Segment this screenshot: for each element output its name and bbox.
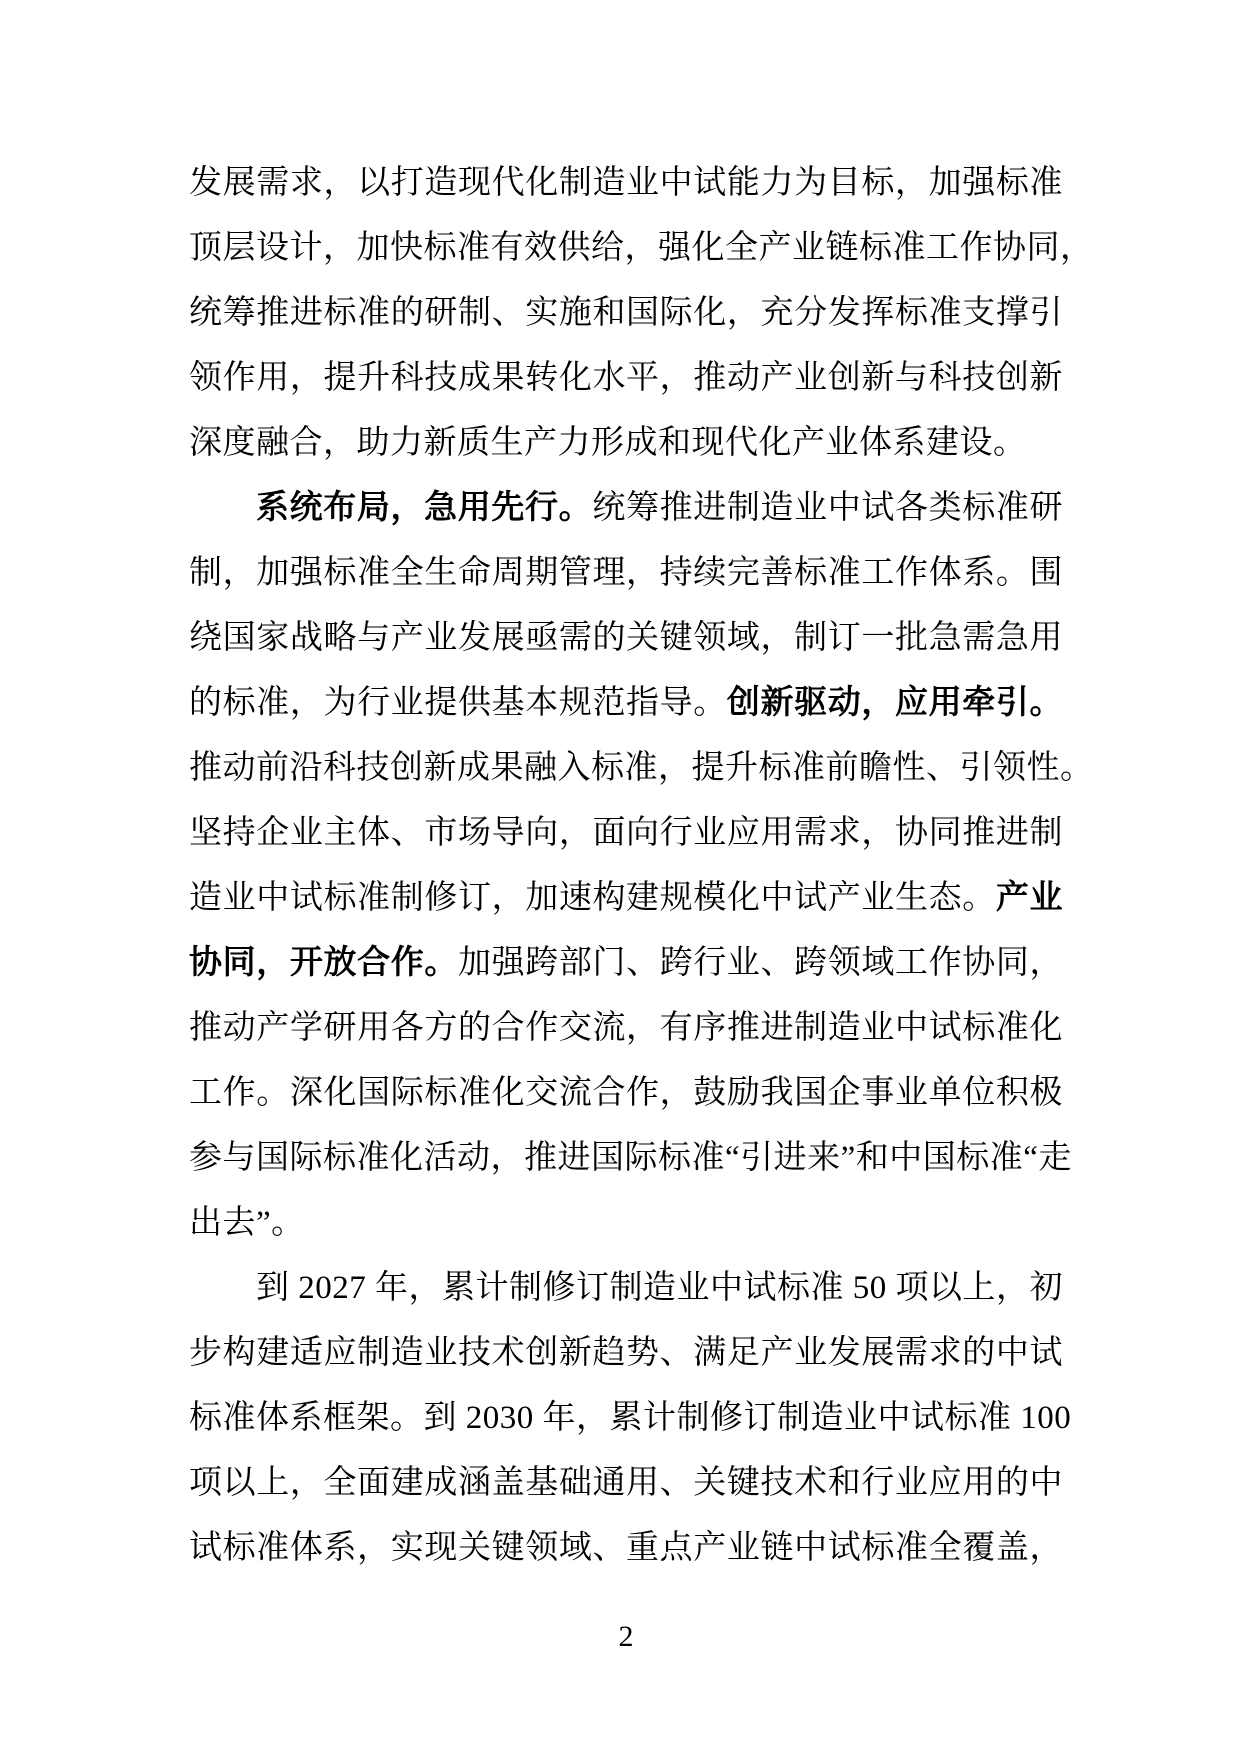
body-text: 推动产学研用各方的合作交流，有序推进制造业中试标准化: [189, 1010, 1063, 1046]
document-page: 发展需求，以打造现代化制造业中试能力为目标，加强标准顶层设计，加快标准有效供给，…: [0, 0, 1241, 1754]
text-line: 标准体系框架。到 2030 年，累计制修订制造业中试标准 100: [189, 1386, 1063, 1451]
text-line: 绕国家战略与产业发展亟需的关键领域，制订一批急需急用: [189, 606, 1063, 671]
document-body: 发展需求，以打造现代化制造业中试能力为目标，加强标准顶层设计，加快标准有效供给，…: [189, 151, 1063, 1581]
text-line: 的标准，为行业提供基本规范指导。创新驱动，应用牵引。: [189, 671, 1063, 736]
body-text: 绕国家战略与产业发展亟需的关键领域，制订一批急需急用: [189, 620, 1063, 656]
body-text: 工作。深化国际标准化交流合作，鼓励我国企事业单位积极: [189, 1075, 1063, 1111]
text-line: 推动产学研用各方的合作交流，有序推进制造业中试标准化: [189, 996, 1063, 1061]
text-line: 统筹推进标准的研制、实施和国际化，充分发挥标准支撑引: [189, 281, 1063, 346]
body-text: 发展需求，以打造现代化制造业中试能力为目标，加强标准: [189, 165, 1063, 201]
text-line: 工作。深化国际标准化交流合作，鼓励我国企事业单位积极: [189, 1061, 1063, 1126]
body-text: 出去”。: [189, 1205, 305, 1241]
body-text: 统筹推进标准的研制、实施和国际化，充分发挥标准支撑引: [189, 295, 1063, 331]
emphasis-text: 产业: [996, 880, 1063, 916]
body-text: 步构建适应制造业技术创新趋势、满足产业发展需求的中试: [189, 1335, 1063, 1371]
body-text: 推动前沿科技创新成果融入标准，提升标准前瞻性、引领性。: [189, 750, 1094, 786]
body-text: 参与国际标准化活动，推进国际标准“引进来”和中国标准“走: [189, 1140, 1072, 1176]
text-line: 领作用，提升科技成果转化水平，推动产业创新与科技创新: [189, 346, 1063, 411]
page-number: 2: [619, 1620, 634, 1653]
text-line: 系统布局，急用先行。统筹推进制造业中试各类标准研: [189, 476, 1063, 541]
text-line: 项以上，全面建成涵盖基础通用、关键技术和行业应用的中: [189, 1451, 1063, 1516]
body-text: 坚持企业主体、市场导向，面向行业应用需求，协同推进制: [189, 815, 1063, 851]
text-line: 参与国际标准化活动，推进国际标准“引进来”和中国标准“走: [189, 1126, 1063, 1191]
body-text: 深度融合，助力新质生产力形成和现代化产业体系建设。: [189, 425, 1027, 461]
body-text: 统筹推进制造业中试各类标准研: [592, 490, 1063, 526]
text-line: 制，加强标准全生命周期管理，持续完善标准工作体系。围: [189, 541, 1063, 606]
text-line: 造业中试标准制修订，加速构建规模化中试产业生态。产业: [189, 866, 1063, 931]
text-line: 步构建适应制造业技术创新趋势、满足产业发展需求的中试: [189, 1321, 1063, 1386]
body-text: 标准体系框架。到 2030 年，累计制修订制造业中试标准 100: [189, 1400, 1071, 1436]
body-text: 的标准，为行业提供基本规范指导。: [189, 685, 727, 721]
body-text: 到 2027 年，累计制修订制造业中试标准 50 项以上，初: [256, 1270, 1063, 1306]
text-line: 顶层设计，加快标准有效供给，强化全产业链标准工作协同，: [189, 216, 1063, 281]
body-text: 造业中试标准制修订，加速构建规模化中试产业生态。: [189, 880, 996, 916]
body-text: 试标准体系，实现关键领域、重点产业链中试标准全覆盖，: [189, 1530, 1063, 1566]
body-text: 项以上，全面建成涵盖基础通用、关键技术和行业应用的中: [189, 1465, 1063, 1501]
text-line: 发展需求，以打造现代化制造业中试能力为目标，加强标准: [189, 151, 1063, 216]
page-footer: 2: [189, 1615, 1063, 1659]
text-line: 坚持企业主体、市场导向，面向行业应用需求，协同推进制: [189, 801, 1063, 866]
body-text: 领作用，提升科技成果转化水平，推动产业创新与科技创新: [189, 360, 1063, 396]
text-line: 深度融合，助力新质生产力形成和现代化产业体系建设。: [189, 411, 1063, 476]
body-text: 顶层设计，加快标准有效供给，强化全产业链标准工作协同，: [189, 230, 1094, 266]
text-line: 协同，开放合作。加强跨部门、跨行业、跨领域工作协同，: [189, 931, 1063, 996]
emphasis-text: 系统布局，急用先行。: [256, 490, 592, 526]
emphasis-text: 协同，开放合作。: [189, 945, 458, 981]
text-line: 试标准体系，实现关键领域、重点产业链中试标准全覆盖，: [189, 1516, 1063, 1581]
body-text: 制，加强标准全生命周期管理，持续完善标准工作体系。围: [189, 555, 1063, 591]
text-line: 到 2027 年，累计制修订制造业中试标准 50 项以上，初: [189, 1256, 1063, 1321]
text-line: 出去”。: [189, 1191, 1063, 1256]
emphasis-text: 创新驱动，应用牵引。: [727, 685, 1063, 721]
body-text: 加强跨部门、跨行业、跨领域工作协同，: [458, 945, 1063, 981]
text-line: 推动前沿科技创新成果融入标准，提升标准前瞻性、引领性。: [189, 736, 1063, 801]
